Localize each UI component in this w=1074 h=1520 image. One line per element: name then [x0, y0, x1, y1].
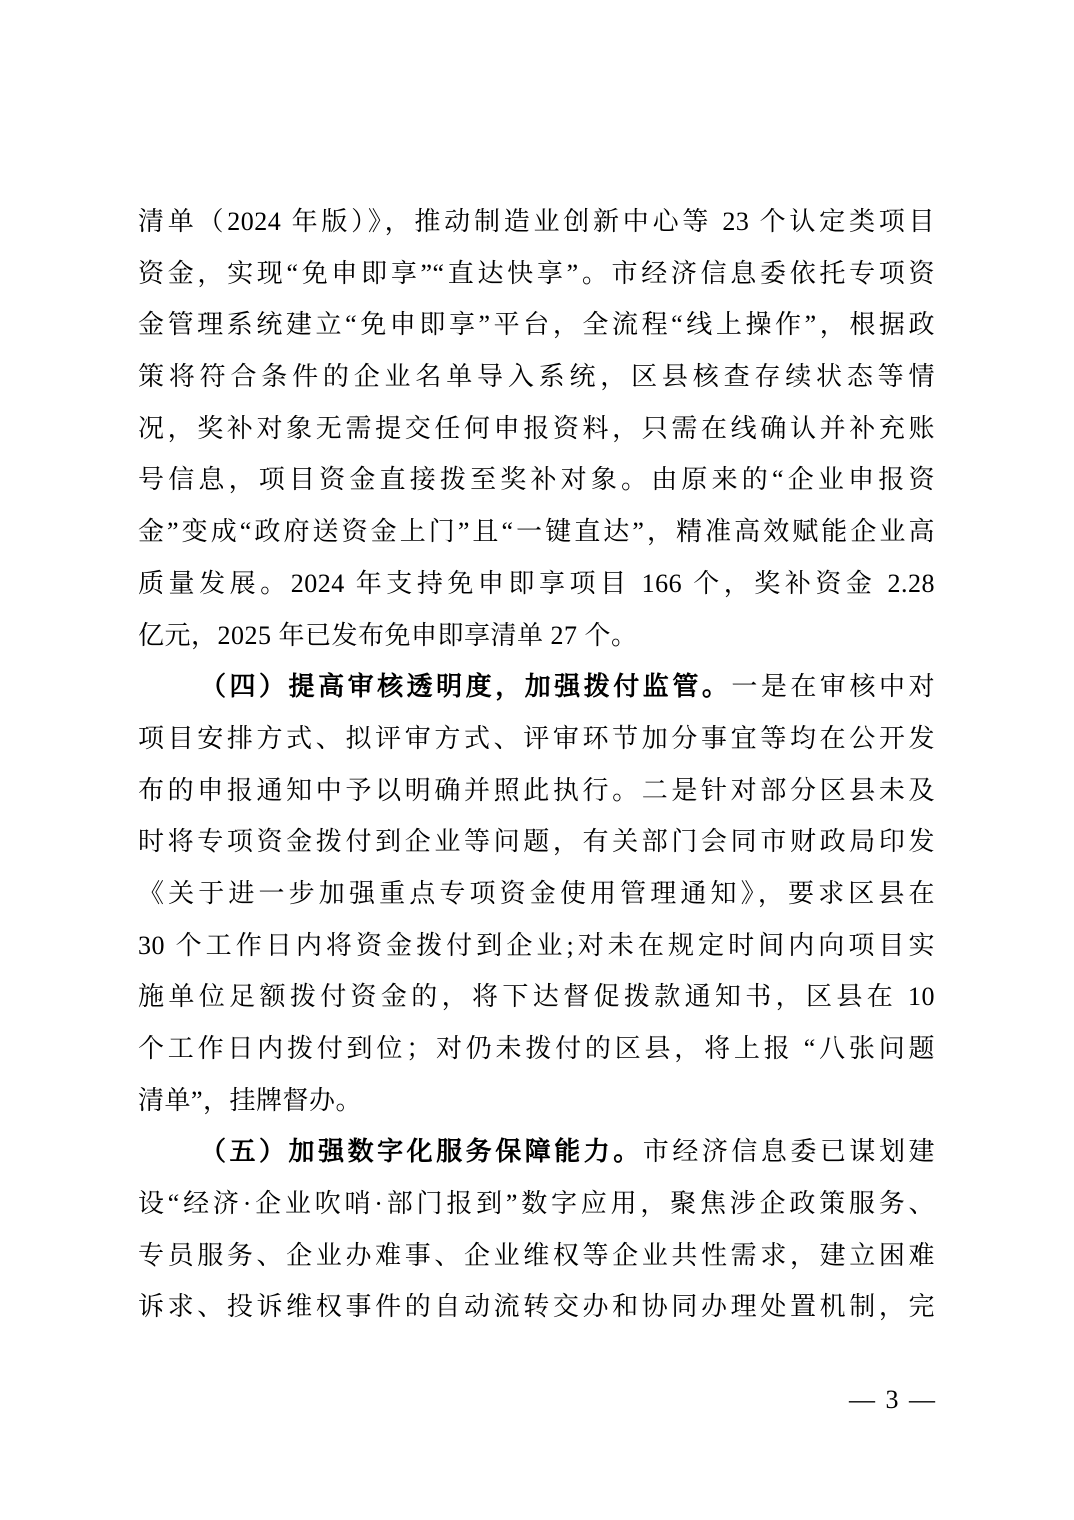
text-segment: 清单”，挂牌督办。	[138, 1086, 362, 1115]
text-segment: 《关于进一步加强重点专项资金使用管理通知》，要求区县在	[138, 879, 935, 908]
text-segment: 诉求、投诉维权事件的自动流转交办和协同办理处置机制，完	[138, 1292, 935, 1321]
text-line: 项目安排方式、拟评审方式、评审环节加分事宜等均在公开发	[138, 713, 935, 765]
text-segment: 策将符合条件的企业名单导入系统，区县核查存续状态等情	[138, 362, 935, 391]
text-line: 30 个工作日内将资金拨付到企业;对未在规定时间内向项目实	[138, 920, 935, 972]
text-line: 清单（2024 年版）》，推动制造业创新中心等 23 个认定类项目	[138, 196, 935, 248]
document-page: 清单（2024 年版）》，推动制造业创新中心等 23 个认定类项目资金，实现“免…	[0, 0, 1074, 1520]
text-segment: 号信息，项目资金直接拨至奖补对象。由原来的“企业申报资	[138, 465, 935, 494]
text-segment: 质量发展。2024 年支持免申即享项目 166 个，奖补资金 2.28	[138, 569, 935, 598]
text-segment: 金”变成“政府送资金上门”且“一键直达”，精准高效赋能企业高	[138, 517, 935, 546]
text-segment: 金管理系统建立“免申即享”平台，全流程“线上操作”，根据政	[138, 310, 935, 339]
text-line: 《关于进一步加强重点专项资金使用管理通知》，要求区县在	[138, 868, 935, 920]
text-segment: 时将专项资金拨付到企业等问题，有关部门会同市财政局印发	[138, 827, 935, 856]
text-line: 金”变成“政府送资金上门”且“一键直达”，精准高效赋能企业高	[138, 506, 935, 558]
text-line: 资金，实现“免申即享”“直达快享”。市经济信息委依托专项资	[138, 248, 935, 300]
text-segment: 清单（2024 年版）》，推动制造业创新中心等 23 个认定类项目	[138, 207, 935, 236]
text-segment: 市经济信息委已谋划建	[643, 1137, 935, 1166]
text-line: （四）提高审核透明度，加强拨付监管。一是在审核中对	[138, 661, 935, 713]
text-line: 设“经济·企业吹哨·部门报到”数字应用，聚焦涉企政策服务、	[138, 1178, 935, 1230]
text-line: 布的申报通知中予以明确并照此执行。二是针对部分区县未及	[138, 765, 935, 817]
text-segment: 项目安排方式、拟评审方式、评审环节加分事宜等均在公开发	[138, 724, 935, 753]
text-line: 况，奖补对象无需提交任何申报资料，只需在线确认并补充账	[138, 403, 935, 455]
text-line: 金管理系统建立“免申即享”平台，全流程“线上操作”，根据政	[138, 299, 935, 351]
section-heading: （四）提高审核透明度，加强拨付监管。	[200, 672, 731, 701]
text-line: （五）加强数字化服务保障能力。市经济信息委已谋划建	[138, 1126, 935, 1178]
text-line: 施单位足额拨付资金的，将下达督促拨款通知书，区县在 10	[138, 971, 935, 1023]
text-line: 号信息，项目资金直接拨至奖补对象。由原来的“企业申报资	[138, 454, 935, 506]
text-segment: 设“经济·企业吹哨·部门报到”数字应用，聚焦涉企政策服务、	[138, 1189, 935, 1218]
text-segment: 施单位足额拨付资金的，将下达督促拨款通知书，区县在 10	[138, 982, 935, 1011]
document-body: 清单（2024 年版）》，推动制造业创新中心等 23 个认定类项目资金，实现“免…	[138, 196, 935, 1333]
text-segment: 个工作日内拨付到位；对仍未拨付的区县，将上报 “八张问题	[138, 1034, 935, 1063]
text-segment: 资金，实现“免申即享”“直达快享”。市经济信息委依托专项资	[138, 259, 935, 288]
text-segment: 况，奖补对象无需提交任何申报资料，只需在线确认并补充账	[138, 414, 935, 443]
text-segment: 一是在审核中对	[731, 672, 935, 701]
text-line: 时将专项资金拨付到企业等问题，有关部门会同市财政局印发	[138, 816, 935, 868]
section-heading: （五）加强数字化服务保障能力。	[200, 1137, 643, 1166]
text-line: 诉求、投诉维权事件的自动流转交办和协同办理处置机制，完	[138, 1281, 935, 1333]
text-line: 亿元，2025 年已发布免申即享清单 27 个。	[138, 610, 935, 662]
text-segment: 专员服务、企业办难事、企业维权等企业共性需求，建立困难	[138, 1241, 935, 1270]
text-line: 清单”，挂牌督办。	[138, 1075, 935, 1127]
text-segment: 30 个工作日内将资金拨付到企业;对未在规定时间内向项目实	[138, 931, 935, 960]
text-line: 专员服务、企业办难事、企业维权等企业共性需求，建立困难	[138, 1230, 935, 1282]
text-line: 质量发展。2024 年支持免申即享项目 166 个，奖补资金 2.28	[138, 558, 935, 610]
text-line: 个工作日内拨付到位；对仍未拨付的区县，将上报 “八张问题	[138, 1023, 935, 1075]
text-segment: 布的申报通知中予以明确并照此执行。二是针对部分区县未及	[138, 776, 935, 805]
page-number: — 3 —	[849, 1384, 937, 1416]
text-segment: 亿元，2025 年已发布免申即享清单 27 个。	[138, 621, 638, 650]
text-line: 策将符合条件的企业名单导入系统，区县核查存续状态等情	[138, 351, 935, 403]
